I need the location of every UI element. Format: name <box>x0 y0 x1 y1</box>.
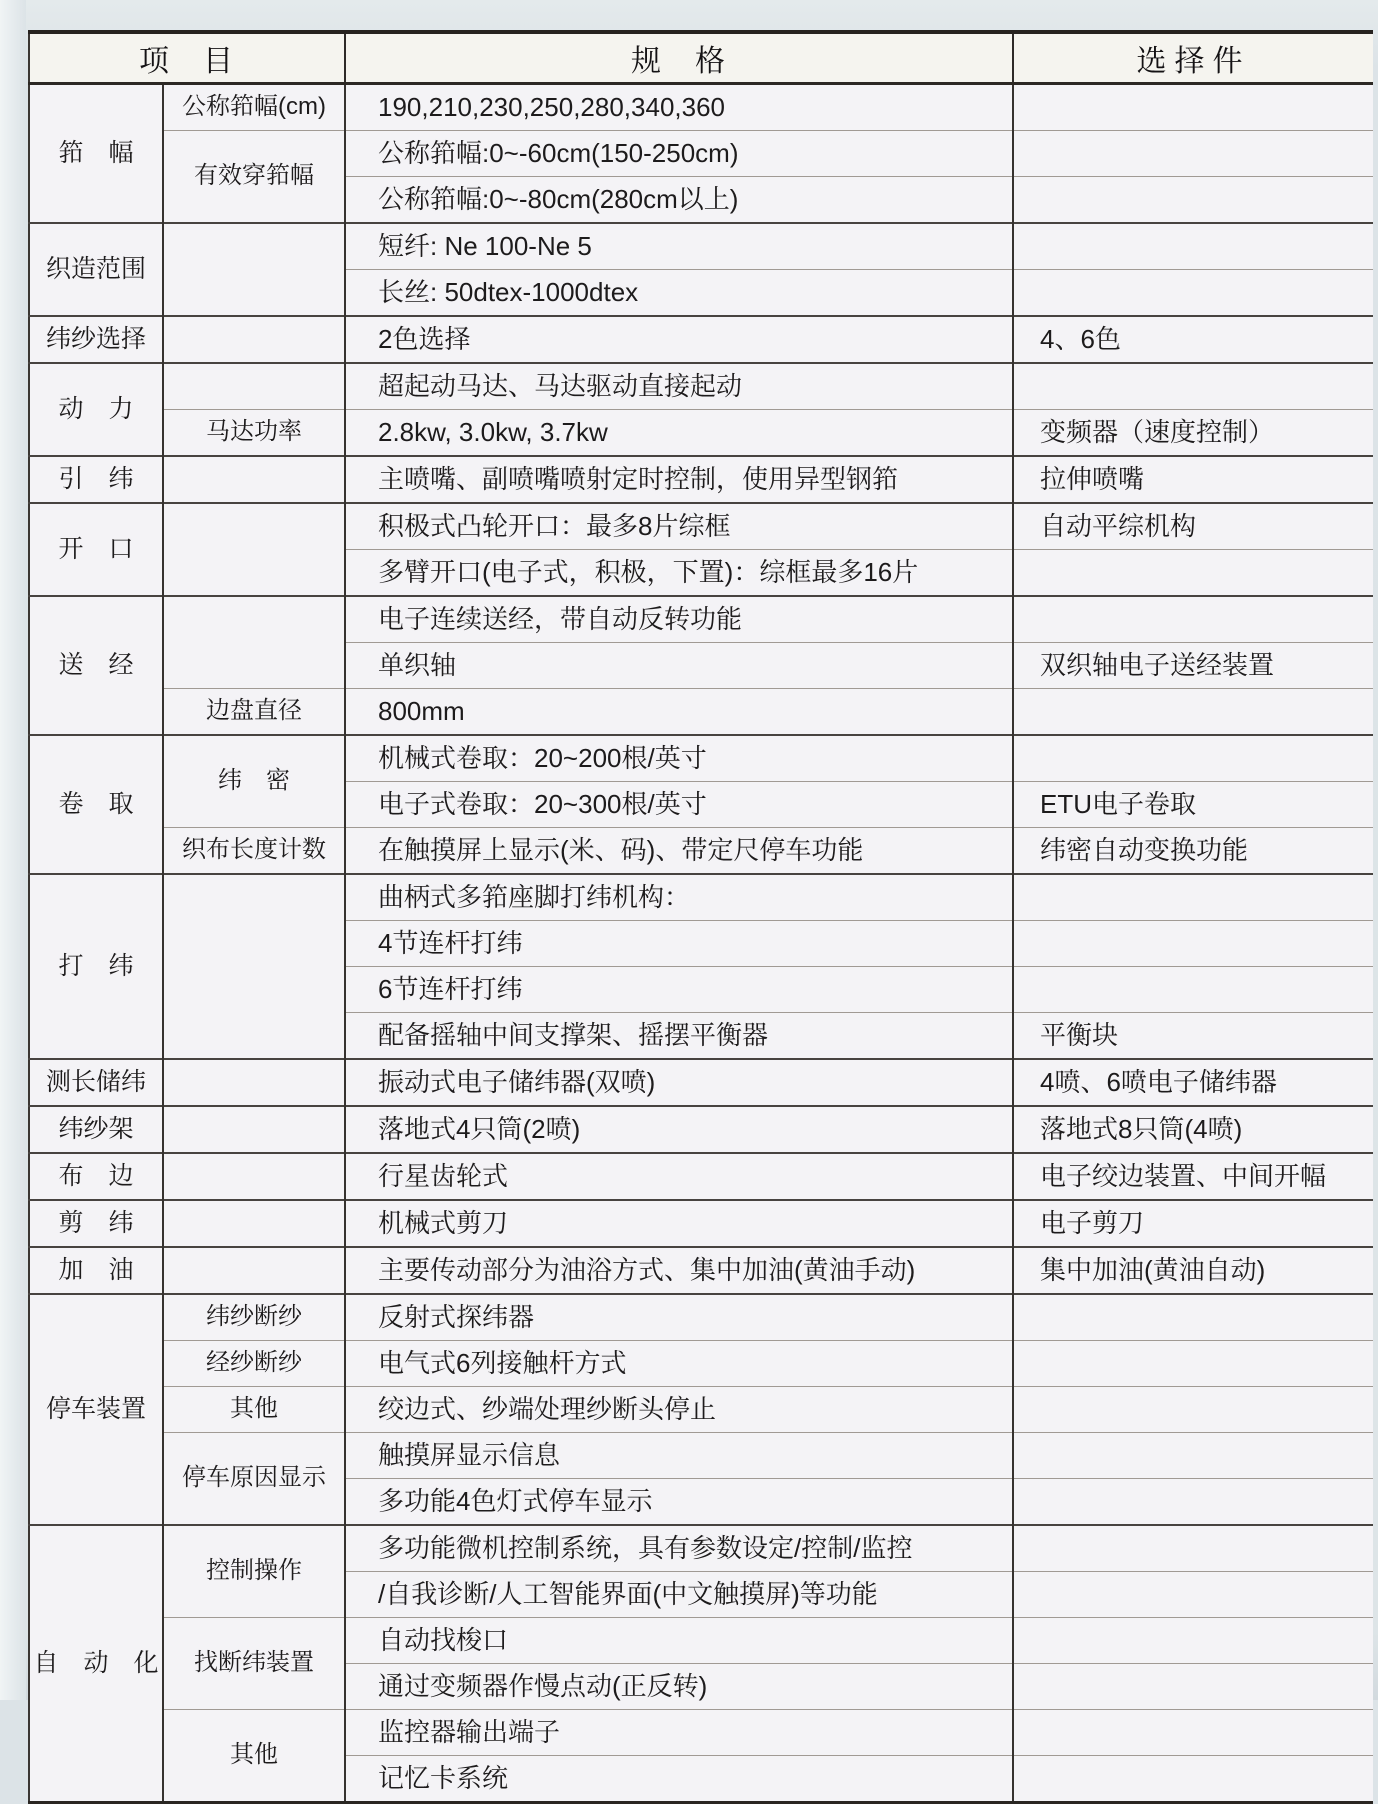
table-row: 停车装置 纬纱断纱 反射式探纬器 <box>29 1294 1373 1341</box>
item-group-cell: 纬纱选择 <box>29 316 163 363</box>
spec-cell: 超起动马达、马达驱动直接起动 <box>345 363 1013 410</box>
spec-cell: 4节连杆打纬 <box>345 921 1013 967</box>
column-header-options: 选择件 <box>1013 32 1373 84</box>
option-cell <box>1013 131 1373 177</box>
table-row: 送 经 电子连续送经，带自动反转功能 <box>29 596 1373 643</box>
spec-cell: 在触摸屏上显示(米、码)、带定尺停车功能 <box>345 828 1013 875</box>
option-cell <box>1013 177 1373 224</box>
item-sub-cell <box>163 1247 345 1294</box>
option-cell <box>1013 1618 1373 1664</box>
table-row: 卷 取 纬 密 机械式卷取：20~200根/英寸 <box>29 735 1373 782</box>
table-row: 筘 幅 公称筘幅(cm) 190,210,230,250,280,340,360 <box>29 84 1373 131</box>
option-cell <box>1013 223 1373 270</box>
table-row: 停车原因显示 触摸屏显示信息 <box>29 1433 1373 1479</box>
spec-cell: 记忆卡系统 <box>345 1756 1013 1803</box>
spec-cell: /自我诊断/人工智能界面(中文触摸屏)等功能 <box>345 1572 1013 1618</box>
item-sub-cell <box>163 1153 345 1200</box>
option-cell <box>1013 1572 1373 1618</box>
option-cell <box>1013 1294 1373 1341</box>
spec-cell: 多臂开口(电子式，积极，下置)：综框最多16片 <box>345 550 1013 597</box>
table-row: 自 动 化 控制操作 多功能微机控制系统，具有参数设定/控制/监控 <box>29 1525 1373 1572</box>
option-cell: 拉伸喷嘴 <box>1013 456 1373 503</box>
spec-cell: 单织轴 <box>345 643 1013 689</box>
table-row: 开 口 积极式凸轮开口：最多8片综框 自动平综机构 <box>29 503 1373 550</box>
item-sub-cell <box>163 874 345 1059</box>
option-cell <box>1013 921 1373 967</box>
item-sub-cell <box>163 503 345 596</box>
item-group-cell: 剪 纬 <box>29 1200 163 1247</box>
option-cell <box>1013 596 1373 643</box>
column-header-item: 项 目 <box>29 32 345 84</box>
spec-cell: 多功能微机控制系统，具有参数设定/控制/监控 <box>345 1525 1013 1572</box>
option-cell <box>1013 1341 1373 1387</box>
spec-cell: 6节连杆打纬 <box>345 967 1013 1013</box>
option-cell <box>1013 1433 1373 1479</box>
option-cell: 4喷、6喷电子储纬器 <box>1013 1059 1373 1106</box>
option-cell: 平衡块 <box>1013 1013 1373 1060</box>
option-cell <box>1013 689 1373 736</box>
item-sub-cell: 纬纱断纱 <box>163 1294 345 1341</box>
item-sub-cell: 经纱断纱 <box>163 1341 345 1387</box>
table-row: 打 纬 曲柄式多筘座脚打纬机构： <box>29 874 1373 921</box>
item-sub-cell <box>163 223 345 316</box>
spec-cell: 主喷嘴、副喷嘴喷射定时控制，使用异型钢筘 <box>345 456 1013 503</box>
spec-cell: 2.8kw, 3.0kw, 3.7kw <box>345 410 1013 457</box>
item-group-cell: 测长储纬 <box>29 1059 163 1106</box>
spec-cell: 800mm <box>345 689 1013 736</box>
item-sub-cell: 纬 密 <box>163 735 345 828</box>
item-group-cell: 织造范围 <box>29 223 163 316</box>
option-cell: ETU电子卷取 <box>1013 782 1373 828</box>
spec-cell: 机械式剪刀 <box>345 1200 1013 1247</box>
item-sub-cell: 公称筘幅(cm) <box>163 84 345 131</box>
option-cell <box>1013 1525 1373 1572</box>
spec-cell: 落地式4只筒(2喷) <box>345 1106 1013 1153</box>
item-sub-cell <box>163 456 345 503</box>
item-sub-cell <box>163 1059 345 1106</box>
item-sub-cell: 织布长度计数 <box>163 828 345 875</box>
table-row: 有效穿筘幅 公称筘幅:0~-60cm(150-250cm) <box>29 131 1373 177</box>
item-sub-cell: 控制操作 <box>163 1525 345 1618</box>
table-row: 测长储纬 振动式电子储纬器(双喷) 4喷、6喷电子储纬器 <box>29 1059 1373 1106</box>
spec-cell: 电子式卷取：20~300根/英寸 <box>345 782 1013 828</box>
item-group-cell: 筘 幅 <box>29 84 163 224</box>
item-sub-cell <box>163 363 345 410</box>
option-cell <box>1013 735 1373 782</box>
option-cell: 电子绞边装置、中间开幅 <box>1013 1153 1373 1200</box>
table-row: 加 油 主要传动部分为油浴方式、集中加油(黄油手动) 集中加油(黄油自动) <box>29 1247 1373 1294</box>
item-group-cell: 加 油 <box>29 1247 163 1294</box>
item-sub-cell: 马达功率 <box>163 410 345 457</box>
table-row: 纬纱架 落地式4只筒(2喷) 落地式8只筒(4喷) <box>29 1106 1373 1153</box>
item-group-cell: 引 纬 <box>29 456 163 503</box>
spec-cell: 绞边式、纱端处理纱断头停止 <box>345 1387 1013 1433</box>
item-group-cell: 纬纱架 <box>29 1106 163 1153</box>
option-cell <box>1013 1387 1373 1433</box>
option-cell <box>1013 1664 1373 1710</box>
spec-cell: 公称筘幅:0~-60cm(150-250cm) <box>345 131 1013 177</box>
spec-cell: 通过变频器作慢点动(正反转) <box>345 1664 1013 1710</box>
spec-cell: 振动式电子储纬器(双喷) <box>345 1059 1013 1106</box>
table-row: 边盘直径 800mm <box>29 689 1373 736</box>
option-cell: 落地式8只筒(4喷) <box>1013 1106 1373 1153</box>
item-group-cell: 送 经 <box>29 596 163 735</box>
option-cell: 变频器（速度控制） <box>1013 410 1373 457</box>
item-group-cell: 布 边 <box>29 1153 163 1200</box>
item-sub-cell: 边盘直径 <box>163 689 345 736</box>
spec-cell: 电子连续送经，带自动反转功能 <box>345 596 1013 643</box>
option-cell <box>1013 1479 1373 1526</box>
option-cell <box>1013 550 1373 597</box>
option-cell <box>1013 874 1373 921</box>
option-cell <box>1013 1756 1373 1803</box>
option-cell <box>1013 967 1373 1013</box>
spec-cell: 配备摇轴中间支撑架、摇摆平衡器 <box>345 1013 1013 1060</box>
spec-cell: 电气式6列接触杆方式 <box>345 1341 1013 1387</box>
item-sub-cell <box>163 1200 345 1247</box>
option-cell <box>1013 270 1373 317</box>
option-cell: 4、6色 <box>1013 316 1373 363</box>
item-group-cell: 动 力 <box>29 363 163 456</box>
item-group-cell: 卷 取 <box>29 735 163 874</box>
item-sub-cell: 停车原因显示 <box>163 1433 345 1526</box>
table-row: 其他 监控器输出端子 <box>29 1710 1373 1756</box>
option-cell <box>1013 84 1373 131</box>
spec-cell: 2色选择 <box>345 316 1013 363</box>
table-row: 布 边 行星齿轮式 电子绞边装置、中间开幅 <box>29 1153 1373 1200</box>
option-cell: 电子剪刀 <box>1013 1200 1373 1247</box>
item-group-cell: 自 动 化 <box>29 1525 163 1803</box>
item-sub-cell <box>163 316 345 363</box>
column-header-spec: 规 格 <box>345 32 1013 84</box>
table-row: 剪 纬 机械式剪刀 电子剪刀 <box>29 1200 1373 1247</box>
spec-cell: 190,210,230,250,280,340,360 <box>345 84 1013 131</box>
item-group-cell: 停车装置 <box>29 1294 163 1525</box>
spec-cell: 短纤: Ne 100-Ne 5 <box>345 223 1013 270</box>
table-row: 织造范围 短纤: Ne 100-Ne 5 <box>29 223 1373 270</box>
item-group-cell: 开 口 <box>29 503 163 596</box>
item-sub-cell: 其他 <box>163 1387 345 1433</box>
table-row: 经纱断纱 电气式6列接触杆方式 <box>29 1341 1373 1387</box>
item-sub-cell: 找断纬装置 <box>163 1618 345 1710</box>
table-row: 马达功率 2.8kw, 3.0kw, 3.7kw 变频器（速度控制） <box>29 410 1373 457</box>
spec-cell: 机械式卷取：20~200根/英寸 <box>345 735 1013 782</box>
spec-cell: 长丝: 50dtex-1000dtex <box>345 270 1013 317</box>
spec-cell: 积极式凸轮开口：最多8片综框 <box>345 503 1013 550</box>
spec-cell: 曲柄式多筘座脚打纬机构： <box>345 874 1013 921</box>
item-sub-cell: 有效穿筘幅 <box>163 131 345 224</box>
header-row: 项 目 规 格 选择件 <box>29 32 1373 84</box>
item-sub-cell <box>163 1106 345 1153</box>
spec-cell: 自动找梭口 <box>345 1618 1013 1664</box>
option-cell: 双织轴电子送经装置 <box>1013 643 1373 689</box>
table-row: 找断纬装置 自动找梭口 <box>29 1618 1373 1664</box>
spec-cell: 行星齿轮式 <box>345 1153 1013 1200</box>
option-cell <box>1013 363 1373 410</box>
option-cell: 集中加油(黄油自动) <box>1013 1247 1373 1294</box>
option-cell: 自动平综机构 <box>1013 503 1373 550</box>
item-sub-cell: 其他 <box>163 1710 345 1803</box>
spec-cell: 主要传动部分为油浴方式、集中加油(黄油手动) <box>345 1247 1013 1294</box>
spec-cell: 触摸屏显示信息 <box>345 1433 1013 1479</box>
table-row: 其他 绞边式、纱端处理纱断头停止 <box>29 1387 1373 1433</box>
option-cell <box>1013 1710 1373 1756</box>
table-row: 动 力 超起动马达、马达驱动直接起动 <box>29 363 1373 410</box>
spec-cell: 多功能4色灯式停车显示 <box>345 1479 1013 1526</box>
table-row: 引 纬 主喷嘴、副喷嘴喷射定时控制，使用异型钢筘 拉伸喷嘴 <box>29 456 1373 503</box>
item-sub-cell <box>163 596 345 689</box>
spec-cell: 监控器输出端子 <box>345 1710 1013 1756</box>
spec-cell: 公称筘幅:0~-80cm(280cm以上) <box>345 177 1013 224</box>
spec-table: 项 目 规 格 选择件 筘 幅 公称筘幅(cm) 190,210,230,250… <box>28 30 1373 1804</box>
spec-cell: 反射式探纬器 <box>345 1294 1013 1341</box>
table-row: 织布长度计数 在触摸屏上显示(米、码)、带定尺停车功能 纬密自动变换功能 <box>29 828 1373 875</box>
table-row: 纬纱选择 2色选择 4、6色 <box>29 316 1373 363</box>
item-group-cell: 打 纬 <box>29 874 163 1059</box>
option-cell: 纬密自动变换功能 <box>1013 828 1373 875</box>
